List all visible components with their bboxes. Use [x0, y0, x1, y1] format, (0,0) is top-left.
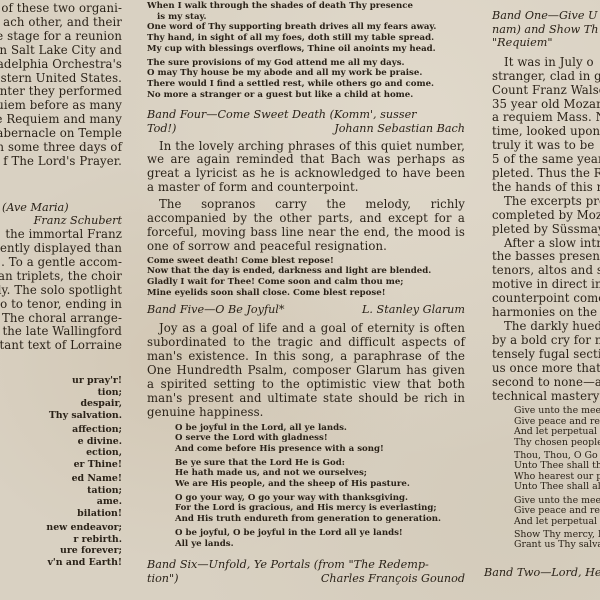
lyric-line: My cup with blessings overflows, Thine o… [147, 44, 465, 55]
text-line: ach other, and their [0, 16, 122, 30]
band-two-title: Band Two—Lord, He [484, 566, 600, 580]
band-six-composer: Charles François Gounod [321, 572, 465, 586]
lyric-line: O serve the Lord with gladness! [175, 433, 465, 444]
band-one-title-2: nam) and Show Th [492, 23, 600, 37]
text-line: harmonies on the th [492, 306, 600, 320]
lyric-line: O go your way, O go your way with thanks… [175, 493, 465, 504]
text-line: dy. The solo spotlight [0, 284, 122, 298]
lyric-line: affection; [0, 424, 122, 436]
text-line: 35 year old Mozart [492, 98, 600, 112]
text-line: The excerpts pre [492, 195, 600, 209]
text-line: in Salt Lake City and [0, 44, 122, 58]
band-five-title-row: Band Five—O Be Joyful* L. Stanley Glarum [147, 303, 465, 317]
lyric-stanza: Thou, Thou, O GoUnto Thee shall thWho he… [514, 451, 600, 493]
text-line: It was in July o [492, 56, 600, 70]
lyric-line: bilation! [0, 508, 122, 520]
text-line: Count Franz Walse [492, 84, 600, 98]
text-line: no to tenor, ending in [0, 298, 122, 312]
lyric-stanza: ed Name!tation;ame.bilation! [0, 473, 122, 519]
lyric-stanza: Come sweet death! Come blest repose!Now … [147, 256, 465, 299]
lyric-stanza: new endeavor;r rebirth.ure forever;v'n a… [0, 522, 122, 568]
text-line: the hands of this mo [492, 181, 600, 195]
lyric-stanza: O be joyful, O be joyful in the Lord all… [175, 528, 465, 549]
text-line: completed by Moz [492, 209, 600, 223]
text-line: n some three days of [0, 141, 122, 155]
text-line: time, looked upon [492, 125, 600, 139]
ave-maria-title: (Ave Maria) [0, 201, 122, 215]
text-line: After a slow intro [492, 237, 600, 251]
lyric-stanza: The sure provisions of my God attend me … [147, 58, 465, 101]
text-line: a requiem Mass. N [492, 111, 600, 125]
text-line: technical mastery di [492, 390, 600, 404]
lyric-stanza: Give unto the meekGive peace and resAnd … [514, 496, 600, 527]
left-paragraph-1: of these two organi-ach other, and their… [0, 2, 122, 169]
text-line: e stage for a reunion [0, 30, 122, 44]
text-line: the basses present [492, 250, 600, 264]
text-line: adelphia Orchestra's [0, 58, 122, 72]
psalm-lyrics: When I walk through the shades of death … [147, 1, 465, 100]
lyric-line: Mine eyelids soon shall close. Come bles… [147, 288, 465, 299]
lyric-line: There would I find a settled rest, while… [147, 79, 465, 90]
band-four-title-line2: Tod!) [147, 122, 176, 135]
lyric-line: Be ye sure that the Lord He is God: [175, 458, 465, 469]
lyric-line: despair, [0, 398, 122, 410]
lyric-line: When I walk through the shades of death … [147, 1, 465, 12]
text-line: e Requiem and many [0, 113, 122, 127]
lyric-line: And His truth endureth from generation t… [175, 514, 465, 525]
lyric-line: is my stay. [147, 12, 465, 23]
lyric-line: The sure provisions of my God attend me … [147, 58, 465, 69]
lyric-line: And let perpetual [514, 517, 600, 527]
band-five-lyrics: O be joyful in the Lord, all ye lands.O … [147, 423, 465, 550]
lyric-stanza: O go your way, O go your way with thanks… [175, 493, 465, 525]
lyric-stanza: Give unto the meeGive peace and resAnd l… [514, 406, 600, 448]
right-column: Band One—Give U nam) and Show Th "Requie… [492, 0, 600, 579]
lyric-line: Now that the day is ended, darkness and … [147, 266, 465, 277]
lyric-stanza: When I walk through the shades of death … [147, 1, 465, 55]
lyric-line: new endeavor; [0, 522, 122, 534]
left-column: of these two organi-ach other, and their… [0, 0, 122, 571]
text-line: us once more that [492, 362, 600, 376]
lyric-line: O may Thy house be my abode and all my w… [147, 68, 465, 79]
text-line: an triplets, the choir [0, 270, 122, 284]
lyric-line: tation; [0, 485, 122, 497]
lyric-line: er Thine! [0, 459, 122, 471]
lyric-line: Unto Thee shall all [514, 482, 600, 492]
text-line: uently displayed than [0, 242, 122, 256]
band-six-title-cont: tion") Charles François Gounod [147, 572, 465, 586]
lyric-line: Give peace and res [514, 506, 600, 516]
lyric-line: And come before His presence with a song… [175, 444, 465, 455]
band-six-title: Band Six—Unfold, Ye Portals (from "The R… [147, 558, 465, 572]
text-line: tenors, altos and so [492, 264, 600, 278]
text-line: stranger, clad in g [492, 70, 600, 84]
lyric-line: Thy chosen people [514, 438, 600, 448]
text-line: The darkly hued " [492, 320, 600, 334]
lyric-line: Gladly I wait for Thee! Come soon and ca… [147, 277, 465, 288]
text-line: " The choral arrange- [0, 312, 122, 326]
left-paragraph-2: the immortal Franzuently displayed than.… [0, 228, 122, 353]
text-line: f The Lord's Prayer. [0, 155, 122, 169]
text-line: . To a gentle accom- [0, 256, 122, 270]
right-paragraph-2: The excerpts precompleted by Mozpleted b… [492, 195, 600, 237]
text-line: 5 of the same year, [492, 153, 600, 167]
lyric-line: For the Lord is gracious, and His mercy … [175, 503, 465, 514]
left-lyrics: ur pray'r!tion;despair,Thy salvation.aff… [0, 375, 122, 568]
band-four-title: Band Four—Come Sweet Death (Komm', susse… [147, 108, 465, 122]
middle-column: When I walk through the shades of death … [147, 0, 465, 585]
band-four-paragraph-2: The sopranos carry the melody, richly ac… [147, 198, 465, 254]
lyric-line: He hath made us, and not we ourselves; [175, 468, 465, 479]
text-line: pleted by Süssmayr [492, 223, 600, 237]
text-line: tant text of Lorraine [0, 339, 122, 353]
lyric-line: No more a stranger or a guest but like a… [147, 90, 465, 101]
right-paragraph-1: It was in July ostranger, clad in gCount… [492, 56, 600, 195]
band-four-title-cont: Tod!) Johann Sebastian Bach [147, 122, 465, 136]
band-four-lyrics: Come sweet death! Come blest repose!Now … [147, 256, 465, 299]
lyric-stanza: ur pray'r!tion;despair,Thy salvation. [0, 375, 122, 421]
lyric-line: We are His people, and the sheep of His … [175, 479, 465, 490]
lyric-stanza: Show Thy mercy, LGrant us Thy salva [514, 530, 600, 551]
ave-maria-composer: Franz Schubert [0, 214, 122, 228]
text-line: abernacle on Temple [0, 127, 122, 141]
band-five-title: Band Five—O Be Joyful* [147, 303, 284, 316]
lyric-line: e divine. [0, 436, 122, 448]
band-five-paragraph: Joy as a goal of life and a goal of eter… [147, 322, 465, 419]
lyric-line: ure forever; [0, 545, 122, 557]
lyric-line: tion; [0, 387, 122, 399]
band-one-title-3: "Requiem" [492, 36, 600, 50]
right-lyrics: Give unto the meeGive peace and resAnd l… [492, 406, 600, 550]
band-five-composer: L. Stanley Glarum [362, 303, 465, 317]
lyric-line: All ye lands. [175, 539, 465, 550]
lyric-line: ection, [0, 447, 122, 459]
text-line: tensely fugal sectio [492, 348, 600, 362]
right-paragraph-3: After a slow introthe basses presentteno… [492, 237, 600, 320]
text-line: counterpoint comes [492, 292, 600, 306]
text-line: truly it was to be [492, 139, 600, 153]
text-line: pleted. Thus the Re [492, 167, 600, 181]
band-one-title-1: Band One—Give U [492, 9, 600, 23]
lyric-line: Thy hand, in sight of all my foes, doth … [147, 33, 465, 44]
text-line: uiem before as many [0, 99, 122, 113]
text-line: by a bold cry for n [492, 334, 600, 348]
band-four-paragraph-1: In the lovely arching phrases of this qu… [147, 140, 465, 196]
text-line: second to none—ar [492, 376, 600, 390]
lyric-line: O be joyful, O be joyful in the Lord all… [175, 528, 465, 539]
band-six-title-line2: tion") [147, 572, 179, 585]
lyric-line: Come sweet death! Come blest repose! [147, 256, 465, 267]
right-paragraph-4: The darkly hued "by a bold cry for ntens… [492, 320, 600, 403]
lyric-line: ed Name! [0, 473, 122, 485]
text-line: the late Wallingford [0, 325, 122, 339]
text-line: estern United States. [0, 72, 122, 86]
lyric-line: v'n and Earth! [0, 557, 122, 569]
lyric-line: ame. [0, 496, 122, 508]
text-line: nter they performed [0, 85, 122, 99]
lyric-line: Grant us Thy salva [514, 540, 600, 550]
band-four-composer: Johann Sebastian Bach [334, 122, 465, 136]
lyric-line: Thy salvation. [0, 410, 122, 422]
lyric-stanza: affection;e divine.ection,er Thine! [0, 424, 122, 470]
lyric-stanza: Be ye sure that the Lord He is God:He ha… [175, 458, 465, 490]
text-line: the immortal Franz [0, 228, 122, 242]
lyric-stanza: O be joyful in the Lord, all ye lands.O … [175, 423, 465, 455]
text-line: motive in direct in [492, 278, 600, 292]
text-line: of these two organi- [0, 2, 122, 16]
lyric-line: One word of Thy supporting breath drives… [147, 22, 465, 33]
lyric-line: O be joyful in the Lord, all ye lands. [175, 423, 465, 434]
lyric-line: ur pray'r! [0, 375, 122, 387]
lyric-line: r rebirth. [0, 534, 122, 546]
